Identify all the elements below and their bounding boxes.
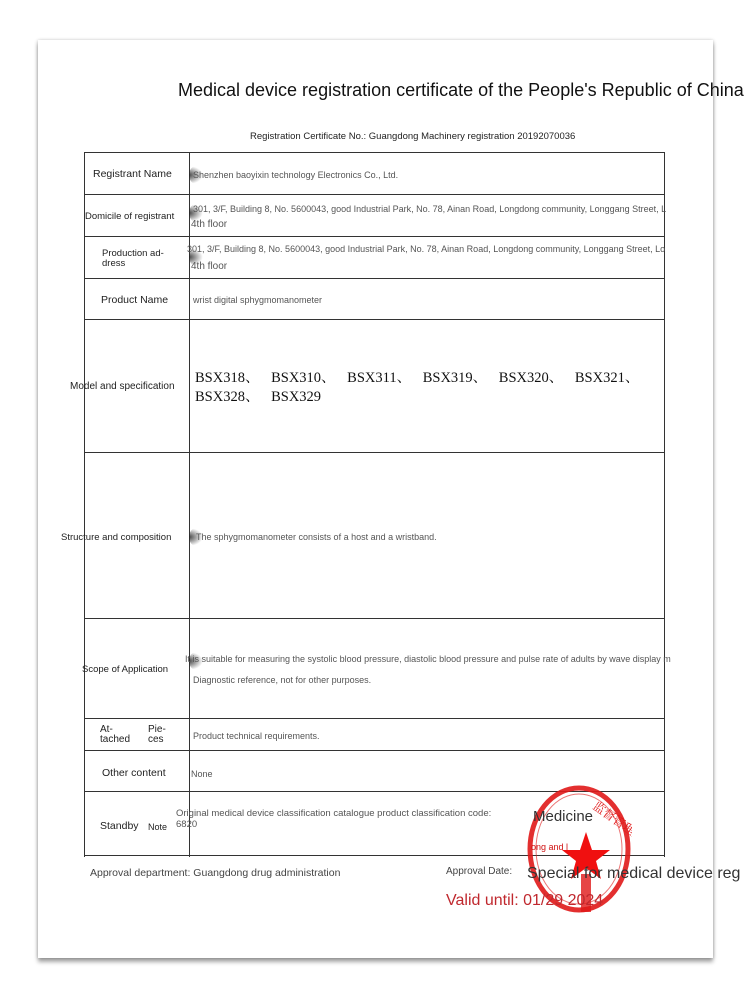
domicile-label: Domicile of registrant [85,211,174,222]
table-row [84,718,665,750]
model-spec-line2: BSX328、 BSX329 [195,388,639,407]
table-border-left [84,152,85,857]
domicile-value-line2: 4th floor [191,219,227,230]
attached-label-a2: tached [100,735,130,745]
table-border-right [664,152,665,857]
structure-label: Structure and composition [61,532,171,543]
special-for-registration-text: Special for medical device reg [527,865,740,883]
domicile-value-line1: 301, 3/F, Building 8, No. 5600043, good … [193,204,666,214]
structure-value: The sphygmomanometer consists of a host … [196,532,437,542]
product-name-value: wrist digital sphygmomanometer [193,295,322,305]
standby-value-line2: 6820 [176,819,197,830]
model-spec-line1: BSX318、 BSX310、 BSX311、 BSX319、 BSX320、 … [195,369,639,388]
table-row [84,236,665,278]
seal-text-small: ong and l [531,842,568,852]
production-address-label-line2: dress [102,258,125,269]
standby-value-line1: Original medical device classification c… [176,808,491,819]
note-label: Note [148,822,167,832]
scope-value-line1: It is suitable for measuring the systoli… [185,654,671,664]
production-address-value-line1: 301, 3/F, Building 8, No. 5600043, good … [187,244,665,254]
standby-label: Standby [100,820,139,832]
approval-date-label: Approval Date: [446,866,512,877]
valid-until: Valid until: 01/29 2024 [446,892,603,910]
certificate-title: Medical device registration certificate … [178,80,744,101]
attached-label-a: At- tached [100,725,130,745]
registrant-name-value: Shenzhen baoyixin technology Electronics… [193,170,398,180]
registration-number: Registration Certificate No.: Guangdong … [250,131,575,142]
other-content-label: Other content [102,767,166,779]
model-spec-value: BSX318、 BSX310、 BSX311、 BSX319、 BSX320、 … [195,369,639,407]
table-row [84,618,665,718]
product-name-label: Product Name [101,294,168,306]
scope-value-line2: Diagnostic reference, not for other purp… [193,675,371,685]
scope-label: Scope of Application [82,664,168,675]
production-address-value-line2: 4th floor [191,261,227,272]
model-spec-label: Model and specification [70,381,175,392]
other-content-value: None [191,769,213,779]
approval-department: Approval department: Guangdong drug admi… [90,867,340,879]
table-row [84,278,665,319]
registrant-name-label: Registrant Name [93,168,172,180]
attached-label-b2: ces [148,735,166,745]
attached-label-b: Pie- ces [148,725,166,745]
seal-text-medicine: Medicine [533,808,593,825]
attached-value: Product technical requirements. [193,731,320,741]
